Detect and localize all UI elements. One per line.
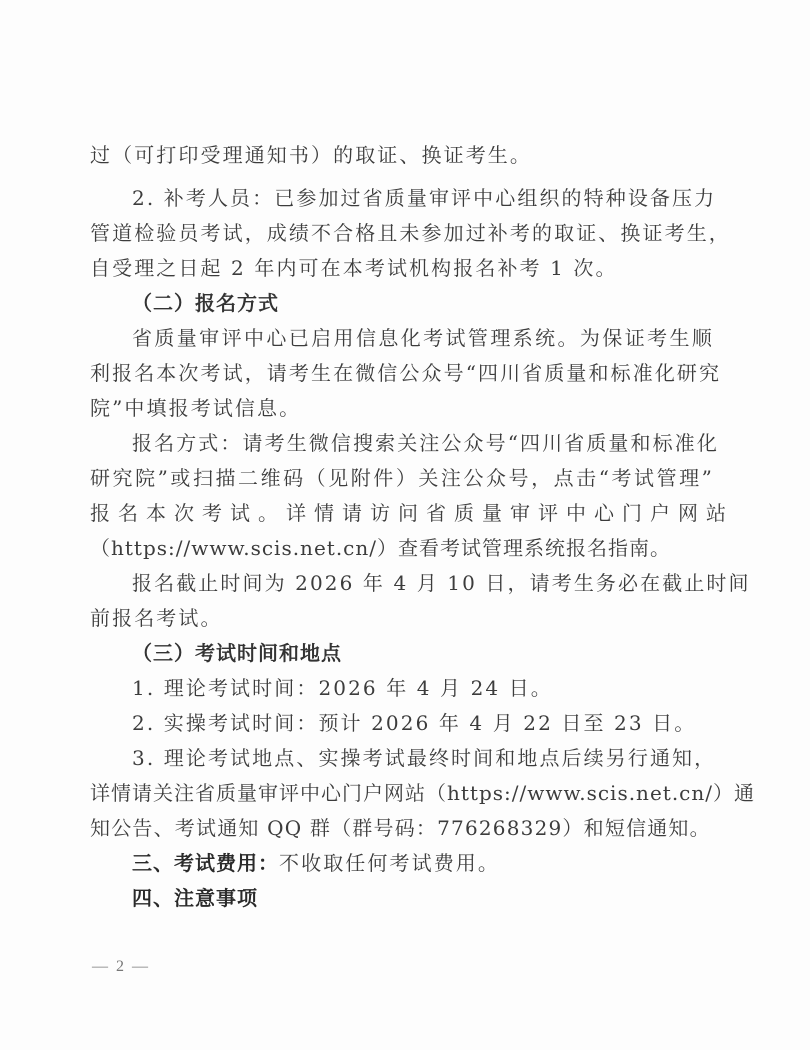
section-exam-fee: 三、考试费用：不收取任何考试费用。 [132,850,714,876]
paragraph-line: 2. 补考人员：已参加过省质量审评中心组织的特种设备压力 [132,185,714,211]
url-line: （https://www.scis.net.cn/）查看考试管理系统报名指南。 [90,535,714,561]
page-number: — 2 — [92,958,150,976]
list-item-location-notice: 3. 理论考试地点、实操考试最终时间和地点后续另行通知， [132,745,714,771]
paragraph-line: 研究院”或扫描二维码（见附件）关注公众号，点击“考试管理” [90,465,714,491]
list-item-practical-exam-time: 2. 实操考试时间：预计 2026 年 4 月 22 日至 23 日。 [132,710,714,736]
document-page: 过（可打印受理通知书）的取证、换证考生。 2. 补考人员：已参加过省质量审评中心… [0,0,810,1050]
paragraph-line: 知公告、考试通知 QQ 群（群号码：776268329）和短信通知。 [90,815,714,841]
section-heading-exam-time-location: （三）考试时间和地点 [132,640,714,666]
section-heading-exam-fee: 三、考试费用： [132,851,279,875]
section-heading-registration-method: （二）报名方式 [132,290,714,316]
paragraph-line: 前报名考试。 [90,605,714,631]
exam-fee-text: 不收取任何考试费用。 [279,851,500,875]
paragraph-line: 院”中填报考试信息。 [90,395,714,421]
paragraph-line: 自受理之日起 2 年内可在本考试机构报名补考 1 次。 [90,255,714,281]
paragraph-line: 报名截止时间为 2026 年 4 月 10 日，请考生务必在截止时间 [132,570,714,596]
list-item-theory-exam-time: 1. 理论考试时间：2026 年 4 月 24 日。 [132,675,714,701]
section-heading-notes: 四、注意事项 [132,885,714,911]
paragraph-line: 省质量审评中心已启用信息化考试管理系统。为保证考生顺 [132,325,714,351]
paragraph-line: 详情请关注省质量审评中心门户网站（https://www.scis.net.cn… [90,780,714,806]
paragraph-line: 报名方式：请考生微信搜索关注公众号“四川省质量和标准化 [132,430,714,456]
paragraph-line: 管道检验员考试，成绩不合格且未参加过补考的取证、换证考生， [90,220,714,246]
paragraph-line: 利报名本次考试，请考生在微信公众号“四川省质量和标准化研究 [90,360,714,386]
paragraph-line: 报名本次考试。详情请访问省质量审评中心门户网站 [90,500,714,526]
paragraph-line: 过（可打印受理通知书）的取证、换证考生。 [90,142,714,168]
